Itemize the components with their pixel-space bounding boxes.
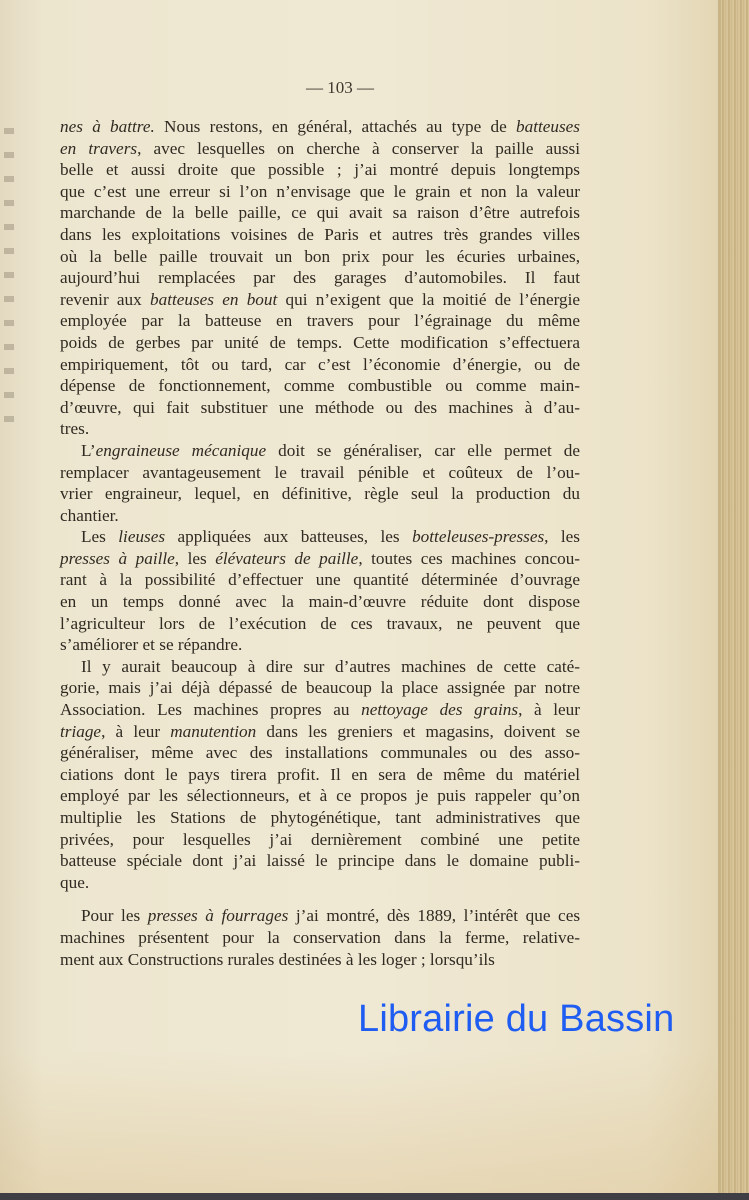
text-line: empiriquement, tôt ou tard, car c’est l’…: [60, 354, 580, 376]
text-line: rant à la possibilité d’effectuer une qu…: [60, 569, 580, 591]
text-run: chantier.: [60, 506, 119, 525]
text-line: aujourd’hui remplacées par des garages d…: [60, 267, 580, 289]
text-run: dépense de fonctionnement, comme combust…: [60, 376, 580, 395]
text-line: employée par la batteuse en travers pour…: [60, 310, 580, 332]
text-run: gorie, mais j’ai déjà dépassé de beaucou…: [60, 678, 580, 697]
watermark-text: Librairie du Bassin: [358, 998, 674, 1041]
book-page: — 103 — nes à battre. Nous restons, en g…: [0, 0, 718, 1194]
text-line: presses à paille, les élévateurs de pail…: [60, 548, 580, 570]
text-run: appliquées aux batteuses, les: [165, 527, 412, 546]
paragraph: Pour les presses à fourrages j’ai montré…: [60, 905, 580, 970]
italic-term: élévateurs de paille: [215, 549, 358, 568]
text-line: Pour les presses à fourrages j’ai montré…: [60, 905, 580, 927]
text-line: batteuse spéciale dont j’ai laissé le pr…: [60, 850, 580, 872]
text-line: Les lieuses appliquées aux batteuses, le…: [60, 526, 580, 548]
text-run: ciations dont le pays tirera profit. Il …: [60, 765, 580, 784]
text-run: revenir aux: [60, 290, 150, 309]
text-line: revenir aux batteuses en bout qui n’exig…: [60, 289, 580, 311]
text-line: que.: [60, 872, 580, 894]
text-run: poids de gerbes par unité de temps. Cett…: [60, 333, 580, 352]
text-run: Il y aurait beaucoup à dire sur d’autres…: [81, 657, 580, 676]
text-line: gorie, mais j’ai déjà dépassé de beaucou…: [60, 677, 580, 699]
text-run: que.: [60, 873, 89, 892]
text-run: s’améliorer et se répandre.: [60, 635, 242, 654]
text-line: en un temps donné avec la main-d’œuvre r…: [60, 591, 580, 613]
text-line: L’engraineuse mécanique doit se générali…: [60, 440, 580, 462]
text-line: multiplie les Stations de phytogénétique…: [60, 807, 580, 829]
text-run: multiplie les Stations de phytogénétique…: [60, 808, 580, 827]
text-line: que c’est une erreur si l’on n’envisage …: [60, 181, 580, 203]
italic-term: en travers: [60, 139, 137, 158]
text-line: où la belle paille trouvait un bon prix …: [60, 246, 580, 268]
text-line: ciations dont le pays tirera profit. Il …: [60, 764, 580, 786]
margin-marks: [4, 110, 14, 440]
text-line: remplacer avantageusement le travail pén…: [60, 462, 580, 484]
text-run: , les: [544, 527, 580, 546]
text-run: dans les exploitations voisines de Paris…: [60, 225, 580, 244]
text-line: Association. Les machines propres au net…: [60, 699, 580, 721]
text-line: triage, à leur manutention dans les gren…: [60, 721, 580, 743]
text-line: nes à battre. Nous restons, en général, …: [60, 116, 580, 138]
italic-term: presses à paille: [60, 549, 175, 568]
text-run: vrier engraineur, lequel, en définitive,…: [60, 484, 580, 503]
text-run: machines présentent pour la conservation…: [60, 928, 580, 947]
text-run: Association. Les machines propres au: [60, 700, 361, 719]
text-line: privées, pour lesquelles j’ai dernièreme…: [60, 829, 580, 851]
text-run: marchande de la belle paille, ce qui ava…: [60, 203, 580, 222]
paragraph: Il y aurait beaucoup à dire sur d’autres…: [60, 656, 580, 894]
text-run: employée par la batteuse en travers pour…: [60, 311, 580, 330]
italic-term: triage: [60, 722, 101, 741]
text-line: généraliser, même avec des installations…: [60, 742, 580, 764]
page-number: — 103 —: [0, 78, 680, 98]
text-run: Pour les: [81, 906, 148, 925]
text-run: que c’est une erreur si l’on n’envisage …: [60, 182, 580, 201]
text-run: où la belle paille trouvait un bon prix …: [60, 247, 580, 266]
text-run: d’œuvre, qui fait substituer une méthode…: [60, 398, 580, 417]
text-run: Les: [81, 527, 118, 546]
text-run: l’agriculteur lors de l’exécution de ces…: [60, 614, 580, 633]
text-line: vrier engraineur, lequel, en définitive,…: [60, 483, 580, 505]
italic-term: manutention: [170, 722, 256, 741]
text-line: dans les exploitations voisines de Paris…: [60, 224, 580, 246]
italic-term: batteuses en bout: [150, 290, 277, 309]
text-line: d’œuvre, qui fait substituer une méthode…: [60, 397, 580, 419]
text-line: ment aux Constructions rurales destinées…: [60, 949, 580, 971]
text-run: ment aux Constructions rurales destinées…: [60, 950, 495, 969]
italic-term: batteuses: [516, 117, 580, 136]
page-stack-edges: [718, 0, 749, 1194]
text-run: généraliser, même avec des installations…: [60, 743, 580, 762]
text-line: machines présentent pour la conservation…: [60, 927, 580, 949]
text-run: tres.: [60, 419, 89, 438]
text-run: Nous restons, en général, attachés au ty…: [155, 117, 516, 136]
text-run: , à leur: [518, 700, 580, 719]
paragraph: L’engraineuse mécanique doit se générali…: [60, 440, 580, 526]
text-run: privées, pour lesquelles j’ai dernièreme…: [60, 830, 580, 849]
text-run: , les: [175, 549, 215, 568]
italic-term: nettoyage des grains: [361, 700, 518, 719]
text-run: , toutes ces machines concou-: [358, 549, 580, 568]
text-run: , à leur: [101, 722, 170, 741]
text-run: j’ai montré, dès 1889, l’intérêt que ces: [288, 906, 580, 925]
paragraph: nes à battre. Nous restons, en général, …: [60, 116, 580, 440]
text-run: employé par les sélectionneurs, et à ce …: [60, 786, 580, 805]
text-run: empiriquement, tôt ou tard, car c’est l’…: [60, 355, 580, 374]
text-run: aujourd’hui remplacées par des garages d…: [60, 268, 580, 287]
italic-term: presses à fourrages: [148, 906, 289, 925]
text-line: l’agriculteur lors de l’exécution de ces…: [60, 613, 580, 635]
text-run: batteuse spéciale dont j’ai laissé le pr…: [60, 851, 580, 870]
text-run: remplacer avantageusement le travail pén…: [60, 463, 580, 482]
text-line: employé par les sélectionneurs, et à ce …: [60, 785, 580, 807]
text-run: rant à la possibilité d’effectuer une qu…: [60, 570, 580, 589]
text-run: belle et aussi droite que possible ; j’a…: [60, 160, 580, 179]
text-run: en un temps donné avec la main-d’œuvre r…: [60, 592, 580, 611]
text-run: doit se généraliser, car elle permet de: [266, 441, 580, 460]
text-line: marchande de la belle paille, ce qui ava…: [60, 202, 580, 224]
paragraph: Les lieuses appliquées aux batteuses, le…: [60, 526, 580, 656]
text-run: L’: [81, 441, 96, 460]
italic-term: engraineuse mécanique: [96, 441, 266, 460]
body-text: nes à battre. Nous restons, en général, …: [60, 116, 580, 970]
text-line: Il y aurait beaucoup à dire sur d’autres…: [60, 656, 580, 678]
text-line: s’améliorer et se répandre.: [60, 634, 580, 656]
background-strip: [0, 1193, 749, 1200]
text-line: en travers, avec lesquelles on cherche à…: [60, 138, 580, 160]
italic-term: lieuses: [118, 527, 165, 546]
text-line: dépense de fonctionnement, comme combust…: [60, 375, 580, 397]
italic-term: botteleuses-presses: [412, 527, 544, 546]
text-line: tres.: [60, 418, 580, 440]
text-line: chantier.: [60, 505, 580, 527]
italic-term: nes à battre.: [60, 117, 155, 136]
text-run: dans les greniers et magasins, doivent s…: [256, 722, 580, 741]
text-run: qui n’exigent que la moitié de l’énergie: [277, 290, 580, 309]
text-line: poids de gerbes par unité de temps. Cett…: [60, 332, 580, 354]
text-line: belle et aussi droite que possible ; j’a…: [60, 159, 580, 181]
text-run: , avec lesquelles on cherche à conserver…: [137, 139, 580, 158]
